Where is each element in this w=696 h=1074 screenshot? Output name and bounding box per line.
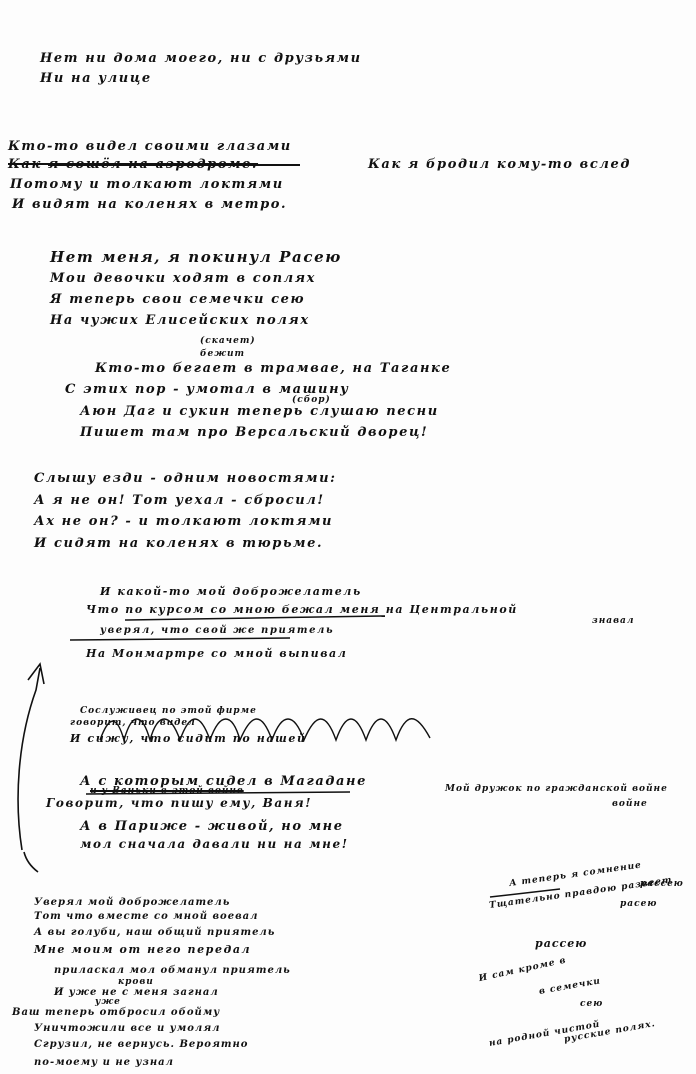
stanza6-line-1: И какой-то мой доброжелатель bbox=[100, 586, 362, 597]
stanza4-line-4: Пишет там про Версальский дворец! bbox=[80, 426, 428, 439]
stanza8-line-1: Уверял мой доброжелатель bbox=[34, 898, 230, 908]
stanza2-line-2-cont: Как я бродил кому-то вслед bbox=[368, 158, 631, 171]
stanza8-line-6: И уже не с меня загнал bbox=[54, 988, 219, 998]
stanza6-margin: знавал bbox=[592, 617, 634, 626]
stanza1-line-2: Ни на улице bbox=[40, 72, 152, 85]
margin-note-8: сею bbox=[580, 1000, 603, 1009]
stanza8-line-2: Тот что вместе со мной воевал bbox=[34, 912, 258, 922]
stanza8-line-9: Сгрузил, не вернусь. Вероятно bbox=[34, 1040, 248, 1050]
stanza8-line-10: по-моему и не узнал bbox=[34, 1058, 174, 1068]
stanza2-line-1: Кто-то видел своими глазами bbox=[8, 140, 292, 153]
stanza5-line-1: Слышу езди - одним новостями: bbox=[34, 472, 337, 485]
stanza4-line-3: Аюн Даг и сукин теперь слушаю песни bbox=[80, 405, 439, 418]
stanza5-line-3: Ах не он? - и толкают локтями bbox=[34, 515, 333, 528]
stanza8-insert-2: уже bbox=[95, 998, 121, 1007]
stanza3-insert: (скачет) bbox=[200, 337, 256, 346]
scribble-line-3: И сижу, что сидит по нашей bbox=[70, 733, 307, 744]
stanza4-line-1: Кто-то бегает в трамвае, на Таганке bbox=[95, 362, 451, 375]
stanza8-line-4: Мне моим от него передал bbox=[34, 944, 251, 955]
scribble-line-2: говорит, что видел bbox=[70, 719, 196, 728]
scribble-line-1: Сослуживец по этой фирме bbox=[80, 707, 257, 716]
stanza8-line-3: А вы голуби, наш общий приятель bbox=[34, 928, 275, 938]
stanza8-line-7: Ваш теперь отбросил обойму bbox=[12, 1008, 220, 1018]
margin-note-4: расею bbox=[620, 900, 657, 909]
stanza6-line-2: Что по курсом со мною бежал меня на Цент… bbox=[86, 604, 518, 615]
stanza3-line-1: Нет меня, я покинул Расею bbox=[50, 250, 342, 265]
stanza7-line-5: мол сначала давали ни на мне! bbox=[80, 838, 349, 850]
stanza6-line-4: На Монмартре со мной выпивал bbox=[86, 648, 347, 659]
stanza7-line-4: А в Париже - живой, но мне bbox=[80, 820, 344, 833]
stanza6-line-3: уверял, что свой же приятель bbox=[100, 626, 334, 636]
stanza2-line-2-struck: Как я сошёл на аэродроме. bbox=[8, 158, 258, 171]
stanza7-line-3: Говорит, что пишу ему, Ваня! bbox=[46, 797, 312, 809]
stanza8-line-5: приласкал мол обманул приятель bbox=[54, 966, 291, 976]
margin-note-5: рассею bbox=[535, 938, 587, 949]
stanza5-line-2: А я не он! Тот уехал - сбросил! bbox=[34, 494, 325, 507]
stanza4-insert-1: бежит bbox=[200, 350, 245, 359]
stanza3-line-3: Я теперь свои семечки сею bbox=[50, 293, 305, 306]
stanza8-insert-1: крови bbox=[118, 978, 154, 987]
stanza2-line-4: И видят на коленях в метро. bbox=[12, 198, 287, 211]
stanza8-line-8: Уничтожили все и умолял bbox=[34, 1024, 220, 1034]
stanza3-line-2: Мои девочки ходят в соплях bbox=[50, 272, 316, 285]
stanza5-line-4: И сидят на коленях в тюрьме. bbox=[34, 537, 323, 550]
stanza3-line-4: На чужих Елисейских полях bbox=[50, 314, 310, 327]
stanza7-line-2: Мой дружок по гражданской войне bbox=[445, 785, 668, 794]
stanza7-margin: войне bbox=[612, 800, 648, 809]
stanza1-line-1: Нет ни дома моего, ни с друзьями bbox=[40, 52, 362, 65]
stanza2-line-3: Потому и толкают локтями bbox=[10, 178, 284, 191]
stanza7-struck: и у Ваньки в этой войне bbox=[90, 787, 244, 796]
